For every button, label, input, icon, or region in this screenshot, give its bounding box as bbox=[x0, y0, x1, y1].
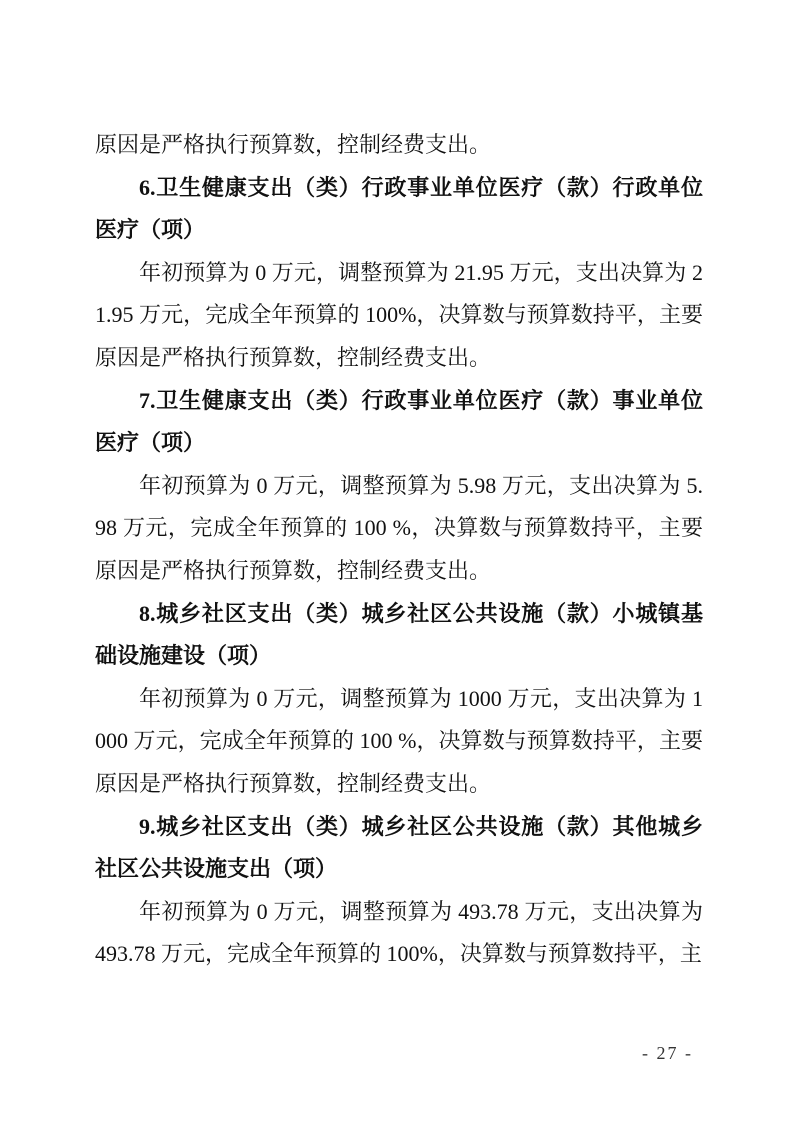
page-number: - 27 - bbox=[642, 1043, 693, 1064]
paragraph-body: 年初预算为 0 万元，调整预算为 5.98 万元，支出决算为 5.98 万元，完… bbox=[95, 465, 703, 593]
paragraph-body: 年初预算为 0 万元，调整预算为 1000 万元，支出决算为 1000 万元，完… bbox=[95, 678, 703, 806]
section-heading-9: 9.城乡社区支出（类）城乡社区公共设施（款）其他城乡社区公共设施支出（项） bbox=[95, 806, 703, 891]
paragraph-body: 年初预算为 0 万元，调整预算为 493.78 万元，支出决算为 493.78 … bbox=[95, 891, 703, 976]
paragraph-body: 年初预算为 0 万元，调整预算为 21.95 万元，支出决算为 21.95 万元… bbox=[95, 252, 703, 380]
section-heading-7: 7.卫生健康支出（类）行政事业单位医疗（款）事业单位医疗（项） bbox=[95, 380, 703, 465]
document-page: 原因是严格执行预算数，控制经费支出。 6.卫生健康支出（类）行政事业单位医疗（款… bbox=[0, 0, 793, 1122]
section-heading-8: 8.城乡社区支出（类）城乡社区公共设施（款）小城镇基础设施建设（项） bbox=[95, 593, 703, 678]
paragraph-continued: 原因是严格执行预算数，控制经费支出。 bbox=[95, 124, 703, 167]
document-body: 原因是严格执行预算数，控制经费支出。 6.卫生健康支出（类）行政事业单位医疗（款… bbox=[95, 124, 703, 976]
section-heading-6: 6.卫生健康支出（类）行政事业单位医疗（款）行政单位医疗（项） bbox=[95, 167, 703, 252]
